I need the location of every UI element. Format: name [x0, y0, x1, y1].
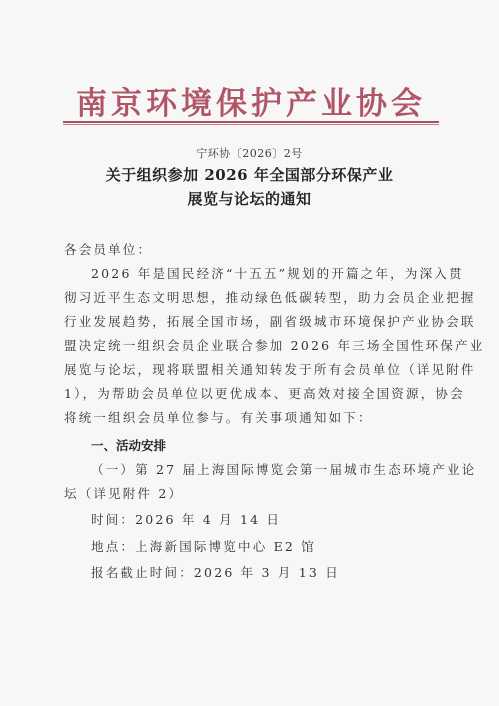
event-location: 地点：上海新国际博览中心 E2 馆: [91, 539, 316, 555]
letterhead-rule-thick: [63, 121, 439, 123]
body-line: 将统一组织会员单位参与。有关事项通知如下：: [64, 410, 373, 426]
subsection-title-line-2: 坛（详见附件 2）: [64, 486, 183, 502]
body-line: 行业发展趋势，拓展全国市场，副省级城市环境保护产业协会联: [64, 314, 476, 330]
document-title-line-2: 展览与论坛的通知: [0, 188, 499, 209]
section-heading: 一、活动安排: [91, 436, 166, 454]
document-title-line-1: 关于组织参加 2026 年全国部分环保产业: [0, 164, 499, 185]
subsection-title-line-1: （一）第 27 届上海国际博览会第一届城市生态环境产业论: [91, 462, 476, 478]
body-line: 盟决定统一组织会员企业联合参加 2026 年三场全国性环保产业: [64, 338, 484, 354]
salutation: 各会员单位：: [64, 242, 152, 258]
letterhead-rule-thin: [63, 124, 439, 125]
body-line: 彻习近平生态文明思想，推动绿色低碳转型，助力会员企业把握: [64, 290, 476, 306]
registration-deadline: 报名截止时间：2026 年 3 月 13 日: [91, 565, 340, 581]
letterhead-org-name: 南京环境保护产业协会: [63, 86, 439, 122]
body-line: 2026 年是国民经济“十五五”规划的开篇之年，为深入贯: [91, 266, 464, 282]
event-time: 时间：2026 年 4 月 14 日: [91, 512, 281, 528]
document-number: 宁环协〔2026〕2号: [0, 145, 499, 161]
document-page: 南京环境保护产业协会 宁环协〔2026〕2号 关于组织参加 2026 年全国部分…: [0, 0, 499, 706]
body-line: 展览与论坛，现将联盟相关通知转发于所有会员单位（详见附件: [64, 362, 476, 378]
body-line: 1），为帮助会员单位以更优成本、更高效对接全国资源，协会: [64, 386, 465, 402]
